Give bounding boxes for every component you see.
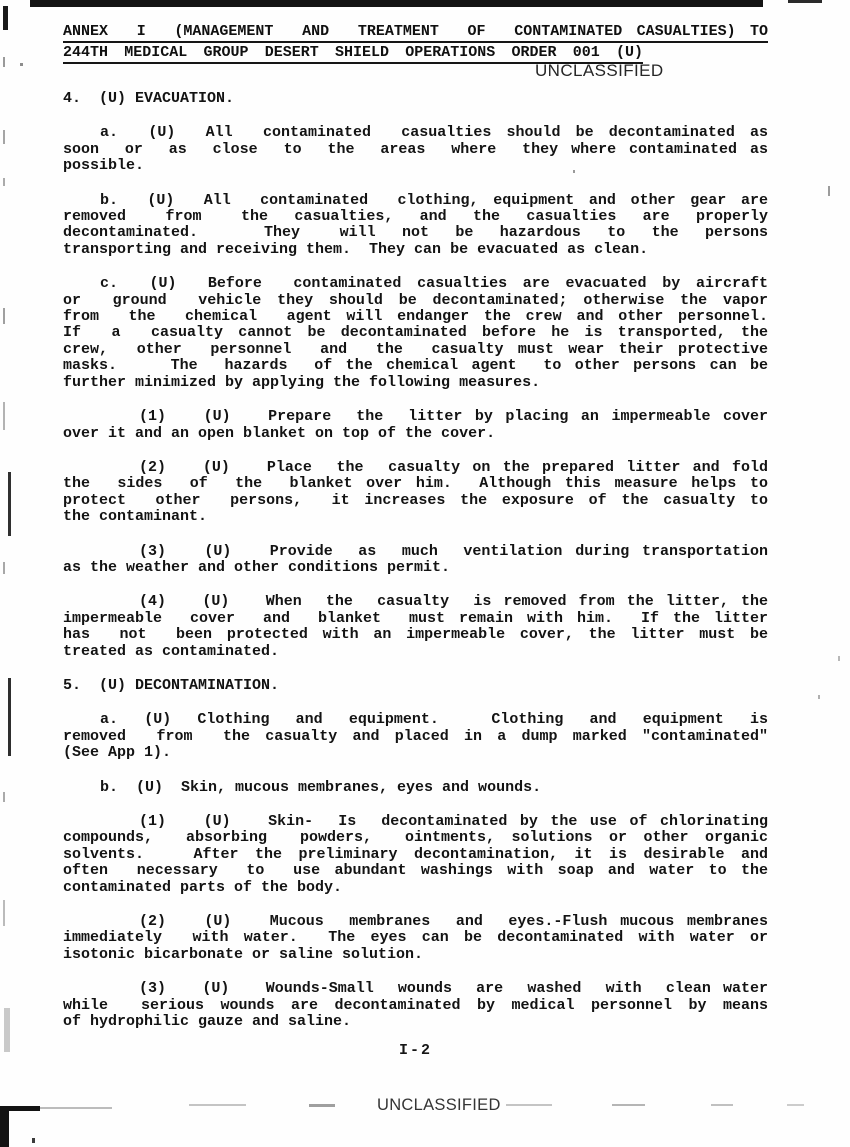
text-line: c. (U) Before contaminated casualties ar…: [63, 276, 768, 292]
section-4-heading: 4. (U) EVACUATION.: [63, 91, 768, 107]
text-line: removed from the casualty and placed in …: [63, 729, 768, 745]
text-line: a. (U) All contaminated casualties shoul…: [63, 125, 768, 141]
text-line: (3) (U) Wounds-Small wounds are washed w…: [63, 981, 768, 997]
para-4a: a. (U) All contaminated casualties shoul…: [63, 125, 768, 174]
scan-artifact-left-dash: [3, 562, 5, 574]
text-line: If a casualty cannot be decontaminated b…: [63, 325, 768, 341]
item-5b-1: (1) (U) Skin- Is decontaminated by the u…: [63, 814, 768, 896]
item-5b-2: (2) (U) Mucous membranes and eyes.-Flush…: [63, 914, 768, 963]
scan-artifact-left-dash: [3, 402, 5, 430]
item-4c-4: (4) (U) When the casualty is removed fro…: [63, 594, 768, 660]
text-line: a. (U) Clothing and equipment. Clothing …: [63, 712, 768, 728]
para-5a: a. (U) Clothing and equipment. Clothing …: [63, 712, 768, 761]
text-line: (1) (U) Skin- Is decontaminated by the u…: [63, 814, 768, 830]
scan-artifact-speck: [20, 63, 23, 66]
text-line: further minimized by applying the follow…: [63, 375, 768, 391]
text-line: (See App 1).: [63, 745, 768, 761]
text-line: from the chemical agent will endanger th…: [63, 309, 768, 325]
text-line: impermeable cover and blanket must remai…: [63, 611, 768, 627]
text-line: (4) (U) When the casualty is removed fro…: [63, 594, 768, 610]
text-line: b. (U) All contaminated clothing, equipm…: [63, 193, 768, 209]
scan-artifact-footer-dash: [711, 1104, 733, 1106]
annex-title-line1: ANNEX I (MANAGEMENT AND TREATMENT OF CON…: [63, 23, 768, 43]
text-line: isotonic bicarbonate or saline solution.: [63, 947, 768, 963]
text-line: compounds, absorbing powders, ointments,…: [63, 830, 768, 846]
text-line: b. (U) Skin, mucous membranes, eyes and …: [63, 780, 768, 796]
text-line: over it and an open blanket on top of th…: [63, 426, 768, 442]
scan-artifact-corner-stub: [3, 6, 8, 30]
annex-header: ANNEX I (MANAGEMENT AND TREATMENT OF CON…: [63, 23, 768, 65]
scan-artifact-footer-dash: [506, 1104, 552, 1106]
scan-artifact-left-dash: [3, 900, 5, 926]
text-line: 5. (U) DECONTAMINATION.: [63, 678, 768, 694]
classification-banner-bottom: UNCLASSIFIED: [377, 1096, 501, 1115]
scan-artifact-left-bar: [8, 472, 11, 536]
text-line: treated as contaminated.: [63, 644, 768, 660]
classification-banner-top: UNCLASSIFIED: [535, 61, 664, 81]
scan-artifact-speck: [818, 695, 820, 699]
text-line: (3) (U) Provide as much ventilation duri…: [63, 544, 768, 560]
text-line: contaminated parts of the body.: [63, 880, 768, 896]
text-line: the sides of the blanket over him. Altho…: [63, 476, 768, 492]
text-line: as the weather and other conditions perm…: [63, 560, 768, 576]
para-4b: b. (U) All contaminated clothing, equipm…: [63, 193, 768, 259]
text-line: 4. (U) EVACUATION.: [63, 91, 768, 107]
scan-artifact-left-dash: [3, 130, 5, 144]
document-page: ANNEX I (MANAGEMENT AND TREATMENT OF CON…: [0, 0, 850, 1147]
text-line: possible.: [63, 158, 768, 174]
scan-artifact-footer-dash: [189, 1104, 246, 1106]
scan-artifact-footer-dash: [787, 1104, 804, 1106]
text-line: or ground vehicle they should be deconta…: [63, 293, 768, 309]
page-number: I-2: [63, 1042, 768, 1059]
scan-artifact-footer-dash: [309, 1104, 335, 1107]
scan-artifact-left-smudge: [4, 1008, 10, 1052]
scan-artifact-corner-bracket-tail: [40, 1107, 112, 1109]
text-line: transporting and receiving them. They ca…: [63, 242, 768, 258]
scan-artifact-top-edge-bar: [30, 0, 763, 7]
text-line: has not been protected with an impermeab…: [63, 627, 768, 643]
text-line: decontaminated. They will not be hazardo…: [63, 225, 768, 241]
text-line: crew, other personnel and the casualty m…: [63, 342, 768, 358]
scan-artifact-left-dash: [3, 308, 5, 324]
text-line: protect other persons, it increases the …: [63, 493, 768, 509]
scan-artifact-top-edge-bar-right: [788, 0, 822, 3]
text-line: (2) (U) Place the casualty on the prepar…: [63, 460, 768, 476]
scan-artifact-corner-bracket-vertical: [0, 1106, 9, 1147]
scan-artifact-left-dash: [3, 178, 5, 186]
item-4c-1: (1) (U) Prepare the litter by placing an…: [63, 409, 768, 442]
text-line: the contaminant.: [63, 509, 768, 525]
text-line: immediately with water. The eyes can be …: [63, 930, 768, 946]
scan-artifact-corner-bracket-horizontal: [0, 1106, 40, 1111]
document-body: 4. (U) EVACUATION.a. (U) All contaminate…: [63, 91, 768, 1030]
text-line: often necessary to use abundant washings…: [63, 863, 768, 879]
para-4c: c. (U) Before contaminated casualties ar…: [63, 276, 768, 391]
text-line: solvents. After the preliminary decontam…: [63, 847, 768, 863]
para-5b: b. (U) Skin, mucous membranes, eyes and …: [63, 780, 768, 796]
scan-artifact-left-dash: [3, 792, 5, 802]
text-line: removed from the casualties, and the cas…: [63, 209, 768, 225]
text-line: (2) (U) Mucous membranes and eyes.-Flush…: [63, 914, 768, 930]
scan-artifact-right-speck: [828, 186, 830, 196]
scan-artifact-footer-dash: [612, 1104, 645, 1106]
item-4c-3: (3) (U) Provide as much ventilation duri…: [63, 544, 768, 577]
scan-artifact-left-dash: [3, 57, 5, 67]
item-4c-2: (2) (U) Place the casualty on the prepar…: [63, 460, 768, 526]
scan-artifact-speck: [838, 656, 840, 661]
scan-artifact-left-bar: [8, 678, 11, 756]
text-line: while serious wounds are decontaminated …: [63, 998, 768, 1014]
text-line: masks. The hazards of the chemical agent…: [63, 358, 768, 374]
text-line: (1) (U) Prepare the litter by placing an…: [63, 409, 768, 425]
scan-artifact-speck: [32, 1138, 35, 1143]
item-5b-3: (3) (U) Wounds-Small wounds are washed w…: [63, 981, 768, 1030]
text-line: of hydrophilic gauze and saline.: [63, 1014, 768, 1030]
section-5-heading: 5. (U) DECONTAMINATION.: [63, 678, 768, 694]
text-line: soon or as close to the areas where they…: [63, 142, 768, 158]
